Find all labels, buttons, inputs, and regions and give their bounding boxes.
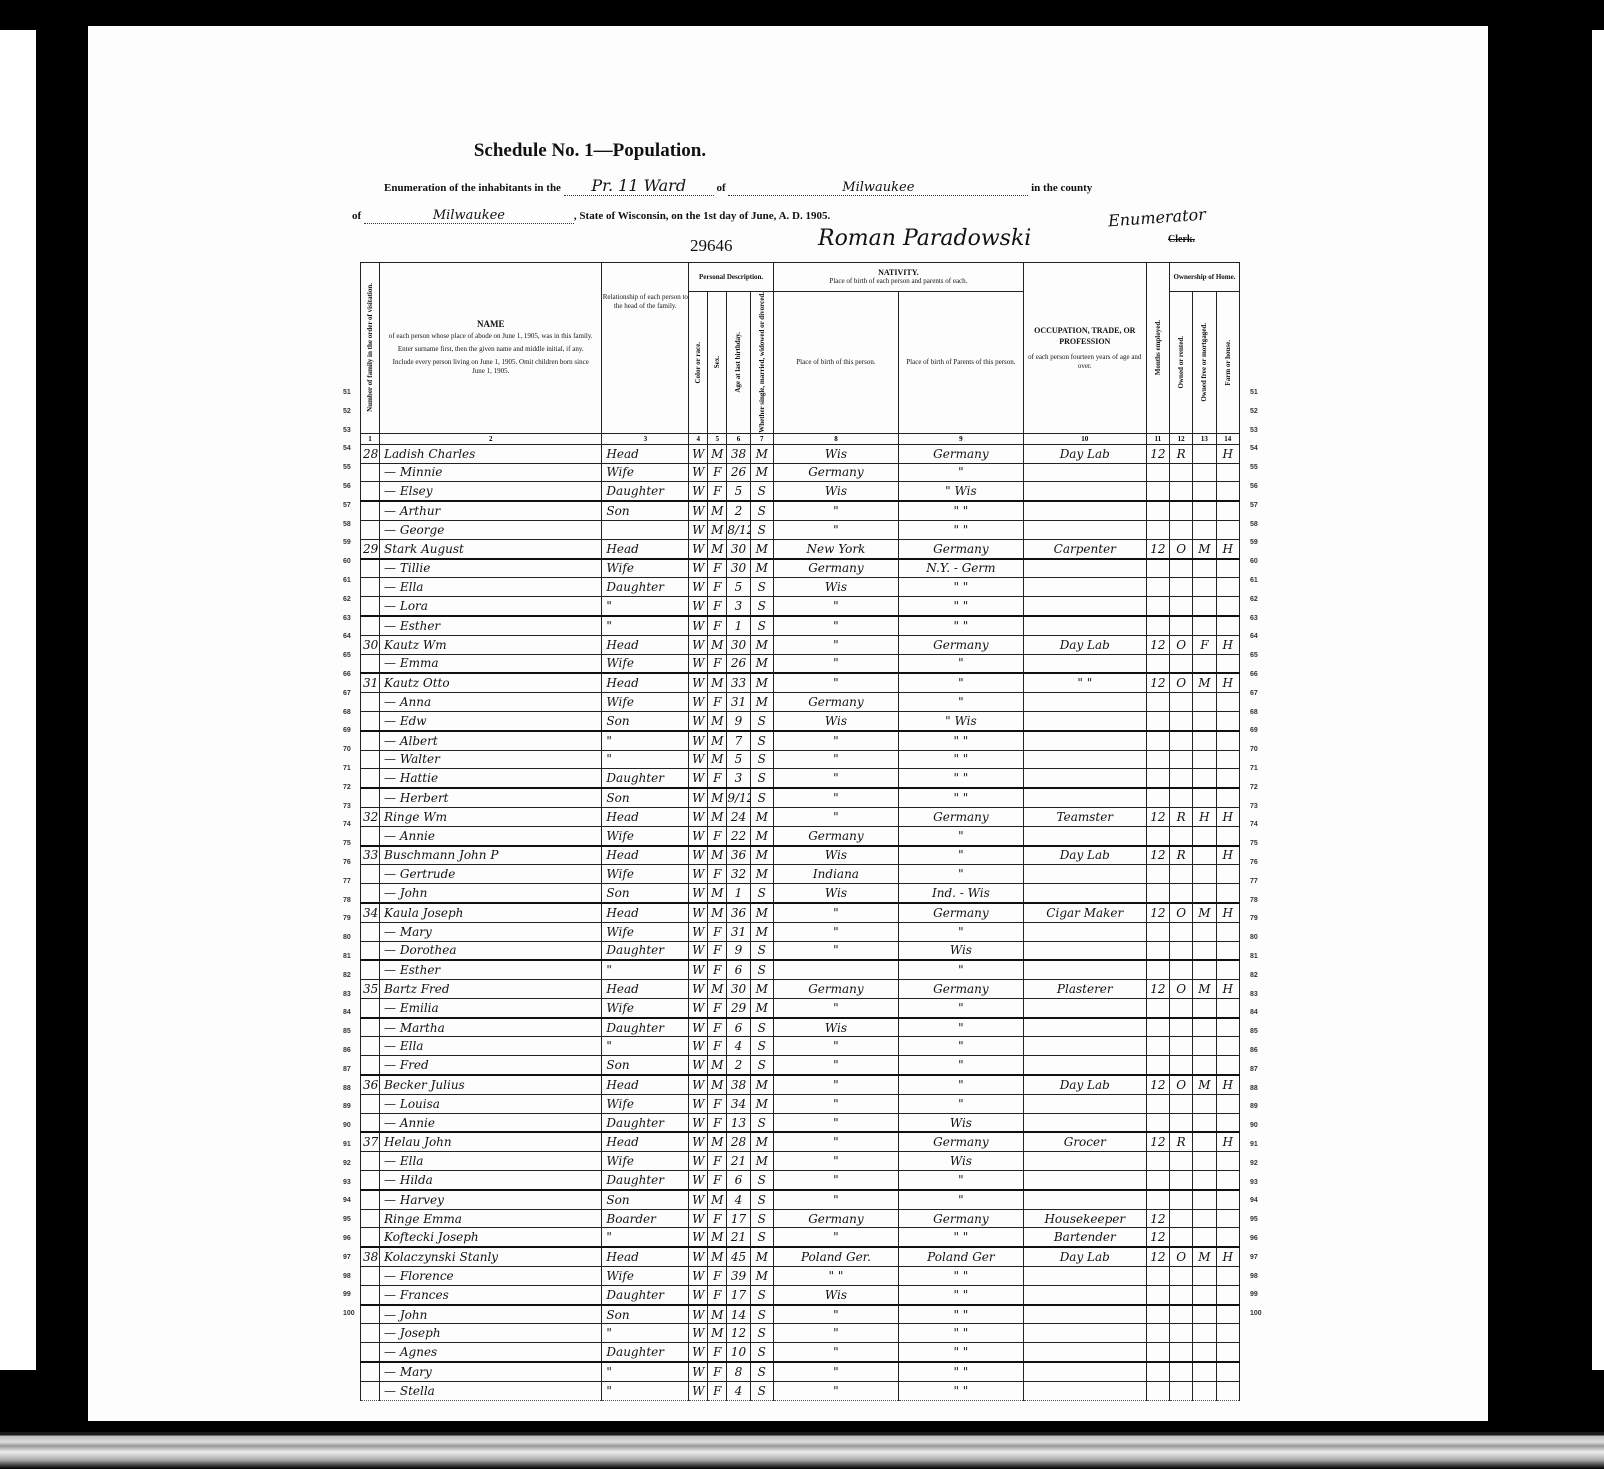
line-number: 69: [1250, 727, 1258, 734]
table-row: — GertrudeWifeWF32MIndiana": [361, 865, 1240, 884]
cell-person-name: — Lora: [380, 597, 602, 616]
cell-age: 31: [727, 693, 750, 712]
cell-person-name: Kolaczynski Stanly: [380, 1247, 602, 1266]
cell-relationship: Head: [602, 980, 689, 999]
cell-person-name: — Herbert: [380, 788, 602, 807]
table-row: 30Kautz WmHeadWM30M"GermanyDay Lab12OFH: [361, 635, 1240, 654]
cell-family-number: [361, 711, 380, 730]
cell-family-number: [361, 826, 380, 845]
cell-months-employed: [1146, 1362, 1169, 1381]
line-number: 85: [343, 1028, 351, 1035]
cell-birthplace: Germany: [773, 693, 898, 712]
cell-owned-rented: R: [1169, 846, 1192, 865]
cell-birthplace: Germany: [773, 559, 898, 578]
cell-relationship: Wife: [602, 922, 689, 941]
cell-marital-status: M: [750, 980, 773, 999]
cell-occupation: [1023, 1018, 1146, 1037]
line-number: 84: [1250, 1009, 1258, 1016]
line-number: 72: [343, 784, 351, 791]
cell-parents-birthplace: " ": [898, 501, 1023, 520]
table-row: — LouisaWifeWF34M"": [361, 1094, 1240, 1113]
cell-sex: M: [708, 1305, 727, 1324]
line-number: 95: [343, 1216, 351, 1223]
cell-relationship: Son: [602, 1056, 689, 1075]
cell-occupation: [1023, 750, 1146, 769]
scan-edge-right: [1592, 30, 1604, 1370]
line-number: 59: [1250, 539, 1258, 546]
cell-marital-status: S: [750, 1209, 773, 1228]
cell-occupation: [1023, 731, 1146, 750]
cell-parents-birthplace: ": [898, 998, 1023, 1017]
cell-sex: M: [708, 1056, 727, 1075]
cell-parents-birthplace: " ": [898, 750, 1023, 769]
cell-person-name: — George: [380, 520, 602, 539]
cell-birthplace: ": [773, 1228, 898, 1247]
cell-family-number: [361, 1381, 380, 1400]
cell-farm-house: H: [1216, 673, 1239, 692]
line-number: 99: [343, 1291, 351, 1298]
cell-occupation: [1023, 616, 1146, 635]
cell-parents-birthplace: ": [898, 1094, 1023, 1113]
cell-birthplace: " ": [773, 1267, 898, 1286]
cell-marital-status: S: [750, 1190, 773, 1209]
cell-color: W: [689, 941, 708, 960]
cell-parents-birthplace: Germany: [898, 1132, 1023, 1151]
cell-parents-birthplace: N.Y. - Germ: [898, 559, 1023, 578]
cell-family-number: [361, 1094, 380, 1113]
cell-parents-birthplace: Wis: [898, 1152, 1023, 1171]
table-row: — Stella"WF4S"" ": [361, 1381, 1240, 1400]
cell-months-employed: [1146, 865, 1169, 884]
cell-birthplace: ": [773, 1381, 898, 1400]
cell-owned-rented: [1169, 1037, 1192, 1056]
line-number: 53: [343, 427, 351, 434]
cell-sex: F: [708, 693, 727, 712]
cell-marital-status: S: [750, 1056, 773, 1075]
cell-sex: F: [708, 865, 727, 884]
cell-relationship: Wife: [602, 865, 689, 884]
cell-months-employed: 12: [1146, 1132, 1169, 1151]
cell-age: 17: [727, 1209, 750, 1228]
cell-age: 33: [727, 673, 750, 692]
table-row: — Albert"WM7S"" ": [361, 731, 1240, 750]
cell-color: W: [689, 1113, 708, 1132]
line-number: 74: [1250, 821, 1258, 828]
line-number: 52: [343, 408, 351, 415]
line-number: 83: [1250, 991, 1258, 998]
table-row: 29Stark AugustHeadWM30MNew YorkGermanyCa…: [361, 539, 1240, 558]
cell-free-mortgaged: [1193, 501, 1216, 520]
cell-free-mortgaged: F: [1193, 635, 1216, 654]
cell-free-mortgaged: [1193, 1132, 1216, 1151]
cell-family-number: 28: [361, 444, 380, 463]
cell-sex: M: [708, 750, 727, 769]
cell-owned-rented: [1169, 1305, 1192, 1324]
cell-owned-rented: [1169, 941, 1192, 960]
cell-birthplace: Wis: [773, 1285, 898, 1304]
cell-free-mortgaged: [1193, 769, 1216, 788]
cell-color: W: [689, 1018, 708, 1037]
cell-free-mortgaged: [1193, 1018, 1216, 1037]
cell-owned-rented: [1169, 482, 1192, 501]
cell-age: 30: [727, 635, 750, 654]
cell-occupation: [1023, 884, 1146, 903]
cell-farm-house: [1216, 1324, 1239, 1343]
cell-color: W: [689, 1075, 708, 1094]
cell-age: 21: [727, 1228, 750, 1247]
cell-occupation: [1023, 693, 1146, 712]
cell-color: W: [689, 998, 708, 1017]
cell-color: W: [689, 1267, 708, 1286]
cell-farm-house: [1216, 1343, 1239, 1362]
cell-color: W: [689, 520, 708, 539]
cell-relationship: Daughter: [602, 1285, 689, 1304]
cell-relationship: Son: [602, 501, 689, 520]
cell-parents-birthplace: " ": [898, 1324, 1023, 1343]
cell-months-employed: [1146, 826, 1169, 845]
cell-free-mortgaged: [1193, 616, 1216, 635]
cell-months-employed: 12: [1146, 980, 1169, 999]
cell-birthplace: Wis: [773, 444, 898, 463]
cell-family-number: [361, 1152, 380, 1171]
cell-farm-house: [1216, 1381, 1239, 1400]
cell-marital-status: M: [750, 922, 773, 941]
cell-color: W: [689, 1305, 708, 1324]
cell-family-number: [361, 1228, 380, 1247]
line-number: 84: [343, 1009, 351, 1016]
table-row: — EdwSonWM9SWis" Wis: [361, 711, 1240, 730]
cell-color: W: [689, 578, 708, 597]
cell-occupation: [1023, 1285, 1146, 1304]
col-family-number: Number of family in the order of visitat…: [361, 263, 380, 434]
col-ownership: Ownership of Home.: [1169, 263, 1239, 292]
cell-color: W: [689, 1056, 708, 1075]
line-number: 81: [343, 953, 351, 960]
cell-occupation: [1023, 654, 1146, 673]
cell-age: 13: [727, 1113, 750, 1132]
enumeration-line: Enumeration of the inhabitants in the Pr…: [384, 176, 1092, 196]
cell-family-number: [361, 616, 380, 635]
cell-marital-status: S: [750, 1285, 773, 1304]
cell-parents-birthplace: " ": [898, 520, 1023, 539]
cell-sex: F: [708, 826, 727, 845]
cell-person-name: — Anna: [380, 693, 602, 712]
cell-age: 2: [727, 501, 750, 520]
cell-sex: M: [708, 501, 727, 520]
cell-family-number: [361, 731, 380, 750]
cell-family-number: [361, 769, 380, 788]
line-number: 91: [1250, 1141, 1258, 1148]
cell-relationship: Boarder: [602, 1209, 689, 1228]
cell-person-name: — Ella: [380, 578, 602, 597]
cell-owned-rented: [1169, 1018, 1192, 1037]
table-row: — FlorenceWifeWF39M" "" ": [361, 1267, 1240, 1286]
cell-owned-rented: [1169, 1209, 1192, 1228]
cell-months-employed: 12: [1146, 903, 1169, 922]
line-number: 70: [343, 746, 351, 753]
cell-parents-birthplace: Wis: [898, 941, 1023, 960]
cell-parents-birthplace: " ": [898, 597, 1023, 616]
cell-color: W: [689, 731, 708, 750]
cell-marital-status: S: [750, 788, 773, 807]
cell-person-name: Becker Julius: [380, 1075, 602, 1094]
table-row: — JohnSonWM1SWisInd. - Wis: [361, 884, 1240, 903]
cell-birthplace: New York: [773, 539, 898, 558]
cell-sex: F: [708, 1267, 727, 1286]
cell-relationship: [602, 520, 689, 539]
cell-family-number: [361, 1056, 380, 1075]
cell-months-employed: [1146, 654, 1169, 673]
cell-person-name: — Fred: [380, 1056, 602, 1075]
cell-marital-status: M: [750, 1094, 773, 1113]
line-number: 71: [1250, 765, 1258, 772]
cell-months-employed: 12: [1146, 444, 1169, 463]
cell-birthplace: ": [773, 520, 898, 539]
sheet-number: 29646: [690, 236, 733, 256]
cell-free-mortgaged: [1193, 1343, 1216, 1362]
cell-relationship: Son: [602, 1190, 689, 1209]
cell-free-mortgaged: [1193, 998, 1216, 1017]
line-number: 58: [1250, 521, 1258, 528]
cell-color: W: [689, 444, 708, 463]
cell-family-number: [361, 463, 380, 482]
cell-color: W: [689, 1209, 708, 1228]
cell-free-mortgaged: [1193, 444, 1216, 463]
cell-sex: F: [708, 1285, 727, 1304]
table-row: 33Buschmann John PHeadWM36MWis"Day Lab12…: [361, 846, 1240, 865]
cell-farm-house: [1216, 1171, 1239, 1190]
line-number: 98: [1250, 1273, 1258, 1280]
cell-marital-status: S: [750, 711, 773, 730]
cell-occupation: [1023, 1267, 1146, 1286]
cell-age: 4: [727, 1190, 750, 1209]
line-number: 73: [1250, 803, 1258, 810]
cell-parents-birthplace: " ": [898, 1305, 1023, 1324]
cell-sex: F: [708, 1209, 727, 1228]
cell-occupation: Plasterer: [1023, 980, 1146, 999]
cell-relationship: Wife: [602, 463, 689, 482]
cell-parents-birthplace: ": [898, 1018, 1023, 1037]
cell-birthplace: Germany: [773, 826, 898, 845]
cell-marital-status: M: [750, 903, 773, 922]
cell-family-number: [361, 654, 380, 673]
cell-age: 29: [727, 998, 750, 1017]
cell-birthplace: ": [773, 673, 898, 692]
cell-farm-house: [1216, 1285, 1239, 1304]
table-row: — HattieDaughterWF3S"" ": [361, 769, 1240, 788]
cell-free-mortgaged: [1193, 1228, 1216, 1247]
cell-months-employed: 12: [1146, 673, 1169, 692]
cell-age: 6: [727, 1171, 750, 1190]
cell-relationship: Son: [602, 1305, 689, 1324]
col-nativity: NATIVITY. Place of birth of each person …: [773, 263, 1023, 292]
cell-sex: F: [708, 597, 727, 616]
cell-family-number: [361, 865, 380, 884]
cell-family-number: [361, 1362, 380, 1381]
cell-parents-birthplace: ": [898, 1056, 1023, 1075]
cell-marital-status: S: [750, 1362, 773, 1381]
line-number: 99: [1250, 1291, 1258, 1298]
cell-sex: F: [708, 482, 727, 501]
cell-free-mortgaged: [1193, 578, 1216, 597]
cell-farm-house: [1216, 616, 1239, 635]
cell-months-employed: 12: [1146, 1075, 1169, 1094]
cell-age: 30: [727, 559, 750, 578]
cell-free-mortgaged: [1193, 846, 1216, 865]
cell-farm-house: [1216, 865, 1239, 884]
table-row: Ringe EmmaBoarderWF17SGermanyGermanyHous…: [361, 1209, 1240, 1228]
col-birthplace-parents: Place of birth of Parents of this person…: [898, 292, 1023, 434]
cell-owned-rented: [1169, 1094, 1192, 1113]
cell-person-name: — Hilda: [380, 1171, 602, 1190]
cell-person-name: — Dorothea: [380, 941, 602, 960]
cell-owned-rented: [1169, 960, 1192, 979]
cell-free-mortgaged: [1193, 922, 1216, 941]
cell-sex: M: [708, 673, 727, 692]
cell-occupation: Day Lab: [1023, 846, 1146, 865]
line-number: 96: [343, 1235, 351, 1242]
line-number: 73: [343, 803, 351, 810]
cell-farm-house: [1216, 1228, 1239, 1247]
cell-marital-status: S: [750, 1324, 773, 1343]
cell-relationship: ": [602, 616, 689, 635]
table-row: Koftecki Joseph"WM21S"" "Bartender12: [361, 1228, 1240, 1247]
population-table: Number of family in the order of visitat…: [360, 262, 1240, 1401]
cell-color: W: [689, 635, 708, 654]
cell-sex: M: [708, 1075, 727, 1094]
cell-owned-rented: [1169, 826, 1192, 845]
cell-family-number: 32: [361, 807, 380, 826]
cell-person-name: — Ella: [380, 1037, 602, 1056]
cell-family-number: [361, 1037, 380, 1056]
cell-farm-house: [1216, 578, 1239, 597]
cell-free-mortgaged: [1193, 711, 1216, 730]
cell-color: W: [689, 1132, 708, 1151]
cell-relationship: Wife: [602, 826, 689, 845]
cell-sex: M: [708, 903, 727, 922]
cell-occupation: Grocer: [1023, 1132, 1146, 1151]
cell-color: W: [689, 865, 708, 884]
cell-owned-rented: R: [1169, 444, 1192, 463]
line-number: 58: [343, 521, 351, 528]
cell-months-employed: [1146, 1305, 1169, 1324]
cell-person-name: — Ella: [380, 1152, 602, 1171]
cell-farm-house: H: [1216, 444, 1239, 463]
line-number: 87: [1250, 1066, 1258, 1073]
table-row: 34Kaula JosephHeadWM36M"GermanyCigar Mak…: [361, 903, 1240, 922]
cell-person-name: — John: [380, 1305, 602, 1324]
table-row: — Walter"WM5S"" ": [361, 750, 1240, 769]
cell-relationship: ": [602, 1228, 689, 1247]
cell-occupation: [1023, 826, 1146, 845]
table-row: 35Bartz FredHeadWM30MGermanyGermanyPlast…: [361, 980, 1240, 999]
cell-marital-status: S: [750, 616, 773, 635]
cell-relationship: Head: [602, 444, 689, 463]
cell-occupation: Teamster: [1023, 807, 1146, 826]
cell-owned-rented: [1169, 1171, 1192, 1190]
line-number: 59: [343, 539, 351, 546]
cell-sex: F: [708, 1113, 727, 1132]
cell-parents-birthplace: ": [898, 463, 1023, 482]
cell-farm-house: [1216, 1305, 1239, 1324]
cell-sex: M: [708, 711, 727, 730]
cell-color: W: [689, 654, 708, 673]
cell-person-name: — Harvey: [380, 1190, 602, 1209]
cell-sex: M: [708, 731, 727, 750]
cell-owned-rented: [1169, 463, 1192, 482]
table-row: — DorotheaDaughterWF9S"Wis: [361, 941, 1240, 960]
cell-person-name: — Esther: [380, 960, 602, 979]
line-number: 74: [343, 821, 351, 828]
cell-occupation: [1023, 559, 1146, 578]
cell-birthplace: ": [773, 1171, 898, 1190]
clerk-label: Clerk.: [1168, 234, 1195, 245]
cell-free-mortgaged: [1193, 1056, 1216, 1075]
cell-farm-house: [1216, 769, 1239, 788]
cell-color: W: [689, 884, 708, 903]
cell-free-mortgaged: [1193, 1113, 1216, 1132]
table-row: 38Kolaczynski StanlyHeadWM45MPoland Ger.…: [361, 1247, 1240, 1266]
cell-months-employed: [1146, 769, 1169, 788]
cell-owned-rented: [1169, 865, 1192, 884]
cell-birthplace: ": [773, 597, 898, 616]
cell-occupation: [1023, 711, 1146, 730]
cell-age: 2: [727, 1056, 750, 1075]
cell-color: W: [689, 750, 708, 769]
table-row: — ElseyDaughterWF5SWis" Wis: [361, 482, 1240, 501]
line-number: 80: [1250, 934, 1258, 941]
cell-birthplace: [773, 960, 898, 979]
cell-occupation: [1023, 788, 1146, 807]
cell-marital-status: M: [750, 559, 773, 578]
line-number: 97: [343, 1254, 351, 1261]
line-number: 85: [1250, 1028, 1258, 1035]
line-number: 60: [1250, 558, 1258, 565]
cell-color: W: [689, 693, 708, 712]
table-row: — ArthurSonWM2S"" ": [361, 501, 1240, 520]
col-marital: Whether single, married, widowed or divo…: [750, 292, 773, 434]
cell-age: 10: [727, 1343, 750, 1362]
cell-birthplace: ": [773, 731, 898, 750]
cell-free-mortgaged: [1193, 693, 1216, 712]
cell-parents-birthplace: ": [898, 1190, 1023, 1209]
cell-owned-rented: [1169, 693, 1192, 712]
line-number: 64: [1250, 633, 1258, 640]
cell-farm-house: [1216, 998, 1239, 1017]
cell-months-employed: [1146, 1056, 1169, 1075]
cell-family-number: [361, 1113, 380, 1132]
cell-farm-house: [1216, 1209, 1239, 1228]
cell-free-mortgaged: [1193, 826, 1216, 845]
cell-sex: F: [708, 1381, 727, 1400]
table-row: — MinnieWifeWF26MGermany": [361, 463, 1240, 482]
cell-sex: F: [708, 578, 727, 597]
line-number: 82: [1250, 972, 1258, 979]
cell-owned-rented: [1169, 1190, 1192, 1209]
cell-sex: M: [708, 635, 727, 654]
line-number: 66: [343, 671, 351, 678]
line-number: 80: [343, 934, 351, 941]
table-row: — GeorgeWM8/12S"" ": [361, 520, 1240, 539]
col-color: Color or race.: [689, 292, 708, 434]
cell-sex: F: [708, 616, 727, 635]
cell-occupation: [1023, 1362, 1146, 1381]
cell-relationship: Son: [602, 711, 689, 730]
line-number: 54: [1250, 445, 1258, 452]
cell-sex: F: [708, 463, 727, 482]
cell-color: W: [689, 1381, 708, 1400]
cell-owned-rented: O: [1169, 1247, 1192, 1266]
